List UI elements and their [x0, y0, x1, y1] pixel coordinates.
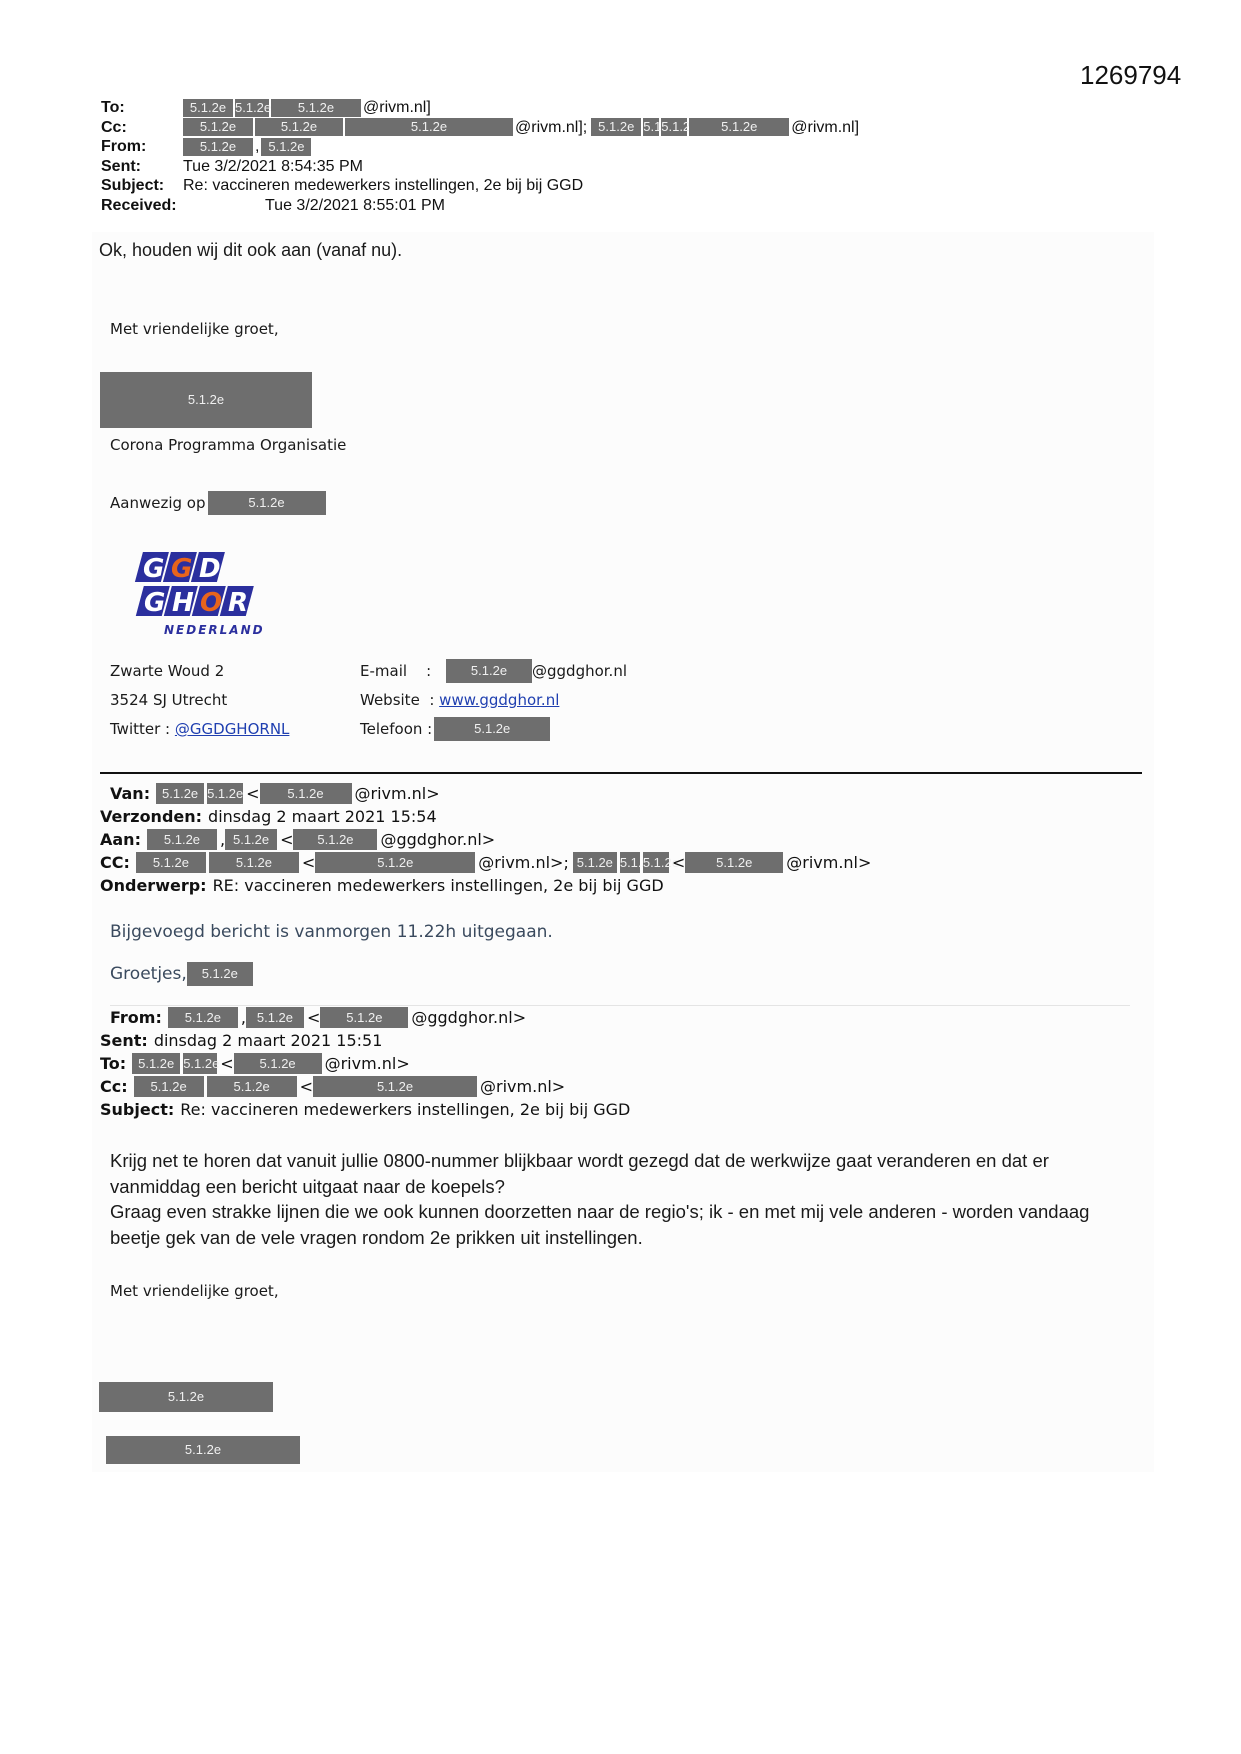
- received-row: Received: Tue 3/2/2021 8:55:01 PM: [101, 196, 859, 216]
- from-suffix: @ggdghor.nl>: [411, 1006, 526, 1029]
- email-suffix: @ggdghor.nl: [532, 662, 627, 680]
- redaction: 5.1.2e: [234, 1053, 322, 1074]
- van-label: Van:: [110, 782, 150, 805]
- redaction: 5.1.2e: [100, 372, 312, 428]
- redaction: 5.1.2e: [209, 852, 299, 873]
- redaction: 5.1.2e: [207, 1076, 297, 1097]
- forwarded-2-header: From: 5.1.2e , 5.1.2e < 5.1.2e @ggdghor.…: [100, 1006, 630, 1121]
- redaction: 5.1.2e: [168, 1007, 238, 1028]
- email-label: E-mail :: [360, 662, 442, 680]
- ggd-ghor-logo-icon: G G D G H O R NEDERLAND: [126, 548, 286, 640]
- to-label: To:: [100, 1052, 126, 1075]
- redaction: 5.1.2e: [183, 1053, 217, 1074]
- twitter-row: Twitter : @GGDGHORNL: [110, 720, 289, 738]
- redaction: 5.1.2e: [187, 962, 253, 986]
- redaction: 5.1.2e: [643, 852, 669, 873]
- body-line: Graag even strakke lijnen die we ook kun…: [110, 1199, 1089, 1225]
- redaction: 5.1.2e: [136, 852, 206, 873]
- redaction: 5.1.2e: [235, 99, 269, 117]
- van-suffix: @rivm.nl>: [355, 782, 440, 805]
- forwarded-1-closing-row: Groetjes, 5.1.2e: [110, 962, 253, 986]
- signature-present-row: Aanwezig op 5.1.2e: [110, 491, 326, 515]
- phone-label: Telefoon :: [360, 720, 432, 738]
- redaction: 5.1.2e: [156, 783, 204, 804]
- aan-row: Aan: 5.1.2e , 5.1.2e < 5.1.2e @ggdghor.n…: [100, 828, 871, 851]
- redaction: 5.1.2e: [183, 118, 253, 136]
- subject-label: Subject:: [101, 176, 183, 196]
- present-label: Aanwezig op: [110, 494, 206, 512]
- sent-row: Sent: Tue 3/2/2021 8:54:35 PM: [101, 157, 859, 177]
- sent-label: Sent:: [100, 1029, 148, 1052]
- cc-row: Cc: 5.1.2e 5.1.2e < 5.1.2e @rivm.nl>: [100, 1075, 630, 1098]
- cc-suffix: @rivm.nl>: [480, 1075, 565, 1098]
- aan-suffix: @ggdghor.nl>: [380, 828, 495, 851]
- sent-value: dinsdag 2 maart 2021 15:51: [154, 1029, 383, 1052]
- body-line: vanmiddag een bericht uitgaat naar de ko…: [110, 1174, 1089, 1200]
- phone-row: Telefoon : 5.1.2e: [360, 717, 550, 741]
- twitter-label: Twitter :: [110, 720, 170, 738]
- svg-text:NEDERLAND: NEDERLAND: [164, 623, 265, 637]
- redaction: 5.1.2e: [225, 829, 277, 850]
- cc-suffix-1: @rivm.nl>;: [478, 851, 569, 874]
- redaction: 5.1.2e: [132, 1053, 180, 1074]
- redaction: 5.1.2e: [313, 1076, 477, 1097]
- cc-suffix-2: @rivm.nl]: [791, 118, 859, 138]
- onderwerp-label: Onderwerp:: [100, 874, 207, 897]
- redaction: 5.1.2e: [293, 829, 377, 850]
- van-row: Van: 5.1.2e 5.1.2e < 5.1.2e @rivm.nl>: [100, 782, 871, 805]
- received-value: Tue 3/2/2021 8:55:01 PM: [265, 196, 445, 216]
- received-label: Received:: [101, 196, 183, 216]
- website-link[interactable]: www.ggdghor.nl: [439, 691, 559, 709]
- subject-value: Re: vaccineren medewerkers instellingen,…: [180, 1098, 630, 1121]
- cc-label: CC:: [100, 851, 130, 874]
- redaction: 5.1.2e: [106, 1436, 300, 1464]
- forwarded-2-greeting: Met vriendelijke groet,: [110, 1282, 279, 1300]
- subject-label: Subject:: [100, 1098, 174, 1121]
- document-number: 1269794: [1080, 60, 1181, 91]
- redaction: 5.1.2e: [260, 783, 352, 804]
- redaction: 5.1.2e: [620, 852, 640, 873]
- verzonden-value: dinsdag 2 maart 2021 15:54: [208, 805, 437, 828]
- svg-text:G: G: [143, 554, 164, 584]
- redaction: 5.1.2e: [99, 1382, 273, 1412]
- forwarded-1-closing: Groetjes,: [110, 964, 187, 984]
- onderwerp-row: Onderwerp: RE: vaccineren medewerkers in…: [100, 874, 871, 897]
- sent-label: Sent:: [101, 157, 183, 177]
- forwarded-1-header: Van: 5.1.2e 5.1.2e < 5.1.2e @rivm.nl> Ve…: [100, 782, 871, 897]
- cc-label: Cc:: [100, 1075, 128, 1098]
- redaction: 5.1.2e: [573, 852, 617, 873]
- svg-text:G: G: [144, 588, 165, 618]
- redaction: 5.1.2e: [261, 138, 311, 156]
- forwarded-1-body: Bijgevoegd bericht is vanmorgen 11.22h u…: [110, 922, 553, 942]
- verzonden-row: Verzonden: dinsdag 2 maart 2021 15:54: [100, 805, 871, 828]
- svg-text:G: G: [171, 554, 192, 584]
- address-line-2: 3524 SJ Utrecht: [110, 691, 227, 709]
- cc-label: Cc:: [101, 118, 183, 138]
- redaction: 5.1.2e: [207, 783, 243, 804]
- redaction: 5.1.2e: [208, 491, 326, 515]
- from-label: From:: [110, 1006, 162, 1029]
- redaction: 5.1.2e: [183, 138, 253, 156]
- top-email-header: To: 5.1.2e 5.1.2e 5.1.2e @rivm.nl] Cc: 5…: [101, 98, 859, 215]
- ggd-ghor-logo: G G D G H O R NEDERLAND: [126, 548, 286, 640]
- twitter-link[interactable]: @GGDGHORNL: [175, 720, 290, 738]
- redaction: 5.1.2e: [320, 1007, 408, 1028]
- top-email-body: Ok, houden wij dit ook aan (vanaf nu).: [99, 240, 402, 261]
- svg-text:D: D: [199, 554, 221, 584]
- email-row: E-mail : 5.1.2e @ggdghor.nl: [360, 659, 627, 683]
- to-row: To: 5.1.2e 5.1.2e < 5.1.2e @rivm.nl>: [100, 1052, 630, 1075]
- cc-row: Cc: 5.1.2e 5.1.2e 5.1.2e @rivm.nl]; 5.1.…: [101, 118, 859, 138]
- address-line-1: Zwarte Woud 2: [110, 662, 224, 680]
- onderwerp-value: RE: vaccineren medewerkers instellingen,…: [213, 874, 664, 897]
- svg-text:R: R: [228, 588, 248, 618]
- redaction: 5.1.2e: [255, 118, 343, 136]
- aan-label: Aan:: [100, 828, 141, 851]
- sent-value: Tue 3/2/2021 8:54:35 PM: [183, 157, 363, 177]
- redaction: 5.1.2e: [661, 118, 687, 136]
- redaction: 5.1.2e: [134, 1076, 204, 1097]
- website-label: Website :: [360, 691, 434, 709]
- sent-row: Sent: dinsdag 2 maart 2021 15:51: [100, 1029, 630, 1052]
- from-row: From: 5.1.2e , 5.1.2e < 5.1.2e @ggdghor.…: [100, 1006, 630, 1029]
- forwarded-2-body: Krijg net te horen dat vanuit jullie 080…: [110, 1148, 1089, 1250]
- redaction: 5.1.2e: [183, 99, 233, 117]
- redaction: 5.1.2e: [591, 118, 641, 136]
- to-suffix: @rivm.nl]: [363, 98, 431, 118]
- svg-text:H: H: [172, 588, 194, 618]
- redaction: 5.1.2e: [689, 118, 789, 136]
- svg-text:O: O: [200, 588, 222, 618]
- subject-row: Subject: Re: vaccineren medewerkers inst…: [101, 176, 859, 196]
- cc-row: CC: 5.1.2e 5.1.2e < 5.1.2e @rivm.nl>; 5.…: [100, 851, 871, 874]
- verzonden-label: Verzonden:: [100, 805, 202, 828]
- redaction: 5.1.2e: [643, 118, 659, 136]
- signature-organisation: Corona Programma Organisatie: [110, 436, 346, 454]
- subject-row: Subject: Re: vaccineren medewerkers inst…: [100, 1098, 630, 1121]
- body-line: Krijg net te horen dat vanuit jullie 080…: [110, 1148, 1089, 1174]
- from-label: From:: [101, 137, 183, 157]
- to-suffix: @rivm.nl>: [325, 1052, 410, 1075]
- redaction: 5.1.2e: [446, 659, 532, 683]
- redaction: 5.1.2e: [246, 1007, 304, 1028]
- cc-suffix-2: @rivm.nl>: [786, 851, 871, 874]
- body-line: beetje gek van de vele vragen rondom 2e …: [110, 1225, 1089, 1251]
- redaction: 5.1.2e: [685, 852, 783, 873]
- website-row: Website : www.ggdghor.nl: [360, 691, 559, 709]
- redaction: 5.1.2e: [345, 118, 513, 136]
- to-label: To:: [101, 98, 183, 118]
- from-row: From: 5.1.2e , 5.1.2e: [101, 137, 859, 157]
- signature-greeting: Met vriendelijke groet,: [110, 320, 279, 338]
- redaction: 5.1.2e: [271, 99, 361, 117]
- cc-suffix-1: @rivm.nl];: [515, 118, 587, 138]
- to-row: To: 5.1.2e 5.1.2e 5.1.2e @rivm.nl]: [101, 98, 859, 118]
- redaction: 5.1.2e: [315, 852, 475, 873]
- subject-value: Re: vaccineren medewerkers instellingen,…: [183, 176, 583, 196]
- separator: [100, 772, 1142, 774]
- redaction: 5.1.2e: [147, 829, 217, 850]
- redaction: 5.1.2e: [434, 717, 550, 741]
